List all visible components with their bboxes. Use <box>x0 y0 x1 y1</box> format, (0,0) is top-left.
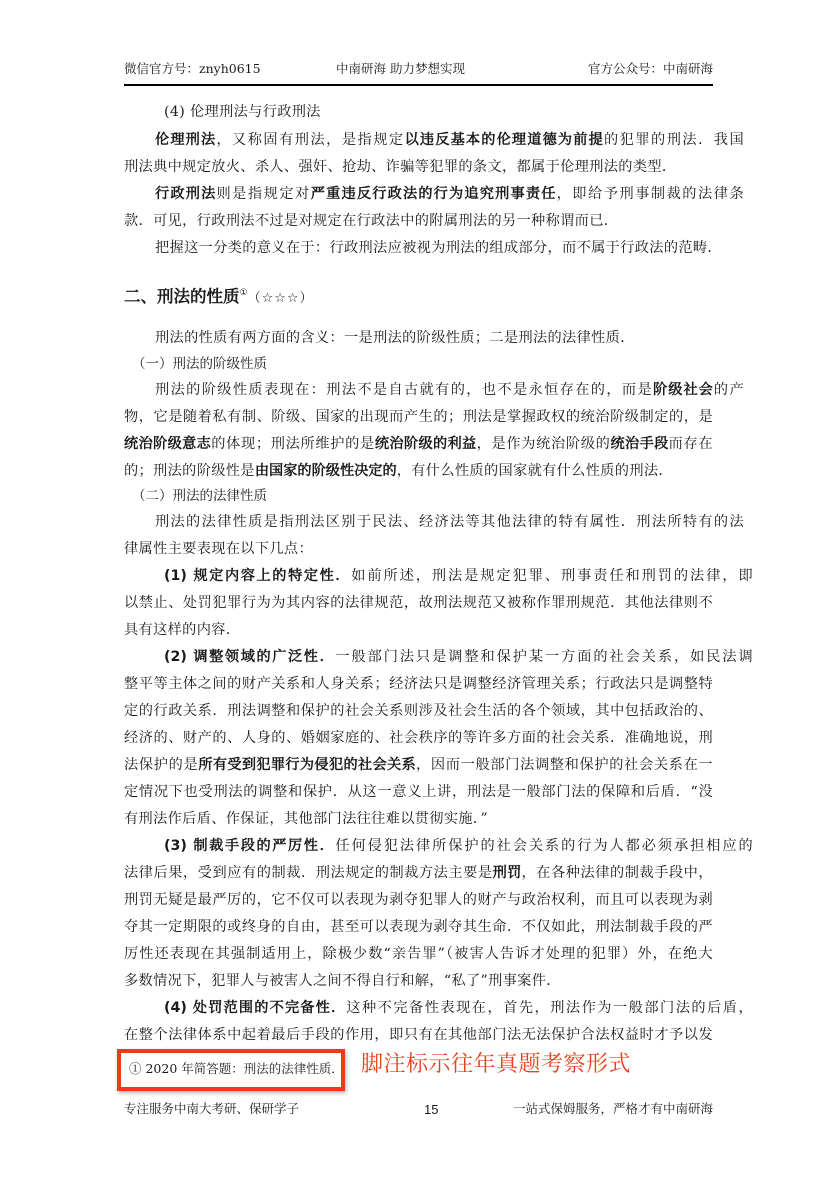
bold-term: 阶级社会 <box>653 382 714 398</box>
item-label: (2) 调整领域的广泛性． <box>164 649 335 665</box>
footnote-text: ① 2020 年简答题：刑法的法律性质． <box>129 1060 344 1078</box>
bold-term: 由国家的阶级性决定的 <box>255 463 397 479</box>
heading-text: (4) 伦理刑法与行政刑法 <box>164 104 321 120</box>
text: 任何侵犯法律所保护的社会关系的行为人都必须承担相应的 <box>335 838 753 854</box>
text: 这种不完备性表现在，首先，刑法作为一般部门法的后盾， <box>346 1000 753 1016</box>
text: 刑法的阶级性质表现在：刑法不是自古就有的，也不是永恒存在的，而是 <box>155 382 653 398</box>
paragraph-line: 物，它是随着私有制、阶级、国家的出现而产生的；刑法是掌握政权的统治阶级制定的，是 <box>124 407 713 427</box>
paragraph-line: 法保护的是所有受到犯罪行为侵犯的社会关系，因而一般部门法调整和保护的社会关系在一 <box>124 755 713 775</box>
bold-term: 统治阶级的利益 <box>375 436 477 452</box>
list-item: (1) 规定内容上的特定性．如前所述，刑法是规定犯罪、刑事责任和刑罚的法律，即 <box>124 566 753 586</box>
bold-term: 以违反基本的伦理道德为前提 <box>405 132 604 148</box>
header-wechat-id: 微信官方号：znyh0615 <box>124 60 261 78</box>
paragraph-line: 统治阶级意志的体现；刑法所维护的是统治阶级的利益，是作为统治阶级的统治手段而存在 <box>124 434 713 454</box>
text: 的；刑法的阶级性是 <box>124 463 255 479</box>
bold-term: 行政刑法 <box>155 186 216 202</box>
bold-term: 严重违反行政法的行为追究刑事责任 <box>311 186 557 202</box>
text: ，有什么性质的国家就有什么性质的刑法． <box>397 463 673 479</box>
footer-tagline-left: 专注服务中南大考研、保研学子 <box>124 1100 299 1118</box>
paragraph-line: 刑法典中规定放火、杀人、强奸、抢劫、诈骗等犯罪的条文，都属于伦理刑法的类型． <box>124 157 713 177</box>
header-official-account: 官方公众号：中南研海 <box>588 60 713 78</box>
paragraph-line: 有刑法作后盾、作保证，其他部门法往往难以贯彻实施．” <box>124 809 713 829</box>
text: 的犯罪的刑法．我国 <box>604 132 744 148</box>
paragraph-line: 多数情况下，犯罪人与被害人之间不得自行和解，“私了”刑事案件． <box>124 971 713 991</box>
text: ，在各种法律的制裁手段中， <box>521 865 713 881</box>
text: ，是作为统治阶级的 <box>477 436 611 452</box>
page-footer: 专注服务中南大考研、保研学子 15 一站式保姆服务，严格才有中南研海 <box>124 1100 713 1118</box>
annotation-callout: 脚注标示往年真题考察形式 <box>361 1050 631 1080</box>
text: 法保护的是 <box>124 757 198 773</box>
header-slogan: 中南研海 助力梦想实现 <box>336 60 465 78</box>
document-page: 微信官方号：znyh0615 中南研海 助力梦想实现 官方公众号：中南研海 (4… <box>0 0 836 1182</box>
item-label: (3) 制裁手段的严厉性． <box>164 838 335 854</box>
footnote-highlight-box: ① 2020 年简答题：刑法的法律性质． <box>117 1049 345 1091</box>
subsection-heading: (4) 伦理刑法与行政刑法 <box>124 102 753 122</box>
paragraph-line: 刑法的法律性质是指刑法区别于民法、经济法等其他法律的特有属性．刑法所特有的法 <box>124 512 744 532</box>
paragraph-line: 伦理刑法，又称固有刑法，是指规定以违反基本的伦理道德为前提的犯罪的刑法．我国 <box>124 130 744 150</box>
footnote-marker[interactable]: ① <box>240 288 248 298</box>
bold-term: 统治阶级意志 <box>124 436 211 452</box>
text: ，因而一般部门法调整和保护的社会关系在一 <box>416 757 713 773</box>
paragraph-line: 厉性还表现在其强制适用上，除极少数“亲告罪”（被害人告诉才处理的犯罪）外，在绝大 <box>124 944 713 964</box>
paragraph-line: 夺其一定期限的或终身的自由，甚至可以表现为剥夺其生命．不仅如此，刑法制裁手段的严 <box>124 917 713 937</box>
paragraph-line: 整平等主体之间的财产关系和人身关系；经济法只是调整经济管理关系；行政法只是调整特 <box>124 674 713 694</box>
bold-term: 所有受到犯罪行为侵犯的社会关系 <box>198 757 416 773</box>
paragraph-line: 刑法的阶级性质表现在：刑法不是自古就有的，也不是永恒存在的，而是阶级社会的产 <box>124 380 744 400</box>
paragraph-line: 定的行政关系．刑法调整和保护的社会关系则涉及社会生活的各个领域，其中包括政治的、 <box>124 701 713 721</box>
item-label: (1) 规定内容上的特定性． <box>164 568 351 584</box>
paragraph-line: 在整个法律体系中起着最后手段的作用，即只有在其他部门法无法保护合法权益时才予以发 <box>124 1025 713 1045</box>
list-item: (4) 处罚范围的不完备性．这种不完备性表现在，首先，刑法作为一般部门法的后盾， <box>124 998 753 1018</box>
section-title: 二、刑法的性质①（☆☆☆） <box>124 282 314 310</box>
importance-stars: （☆☆☆） <box>248 291 314 306</box>
text: 的产 <box>714 382 744 398</box>
subsection-heading: （一）刑法的阶级性质 <box>132 354 267 374</box>
bold-term: 统治手段 <box>611 436 669 452</box>
paragraph-line: 法律后果，受到应有的制裁．刑法规定的制裁方法主要是刑罚，在各种法律的制裁手段中， <box>124 863 713 883</box>
subsection-heading: （二）刑法的法律性质 <box>132 486 267 506</box>
text: 如前所述，刑法是规定犯罪、刑事责任和刑罚的法律，即 <box>351 568 753 584</box>
paragraph-line: 经济的、财产的、人身的、婚姻家庭的、社会秩序的等许多方面的社会关系．准确地说，刑 <box>124 728 713 748</box>
bold-term: 刑罚 <box>493 865 522 881</box>
paragraph-line: 款．可见，行政刑法不过是对规定在行政法中的附属刑法的另一种称谓而已． <box>124 211 713 231</box>
footer-tagline-right: 一站式保姆服务，严格才有中南研海 <box>513 1100 713 1118</box>
text: 而存在 <box>669 436 713 452</box>
paragraph-line: 刑法的性质有两方面的含义：一是刑法的阶级性质；二是刑法的法律性质． <box>124 328 744 348</box>
page-number: 15 <box>424 1101 438 1119</box>
text: 则是指规定对 <box>216 186 310 202</box>
title-text: 二、刑法的性质 <box>124 287 240 306</box>
paragraph-line: 刑罚无疑是最严厉的，它不仅可以表现为剥夺犯罪人的财产与政治权利，而且可以表现为剥 <box>124 890 713 910</box>
paragraph-line: 行政刑法则是指规定对严重违反行政法的行为追究刑事责任，即给予刑事制裁的法律条 <box>124 184 744 204</box>
page-header: 微信官方号：znyh0615 中南研海 助力梦想实现 官方公众号：中南研海 <box>124 60 713 78</box>
paragraph-line: 的；刑法的阶级性是由国家的阶级性决定的，有什么性质的国家就有什么性质的刑法． <box>124 461 713 481</box>
text: 一般部门法只是调整和保护某一方面的社会关系，如民法调 <box>335 649 753 665</box>
header-divider <box>124 84 713 86</box>
paragraph-line: 律属性主要表现在以下几点： <box>124 539 713 559</box>
paragraph-line: 把握这一分类的意义在于：行政刑法应被视为刑法的组成部分，而不属于行政法的范畴． <box>124 238 744 258</box>
paragraph-line: 具有这样的内容． <box>124 620 713 640</box>
list-item: (3) 制裁手段的严厉性．任何侵犯法律所保护的社会关系的行为人都必须承担相应的 <box>124 836 753 856</box>
text: ，又称固有刑法，是指规定 <box>216 132 404 148</box>
list-item: (2) 调整领域的广泛性．一般部门法只是调整和保护某一方面的社会关系，如民法调 <box>124 647 753 667</box>
text: 法律后果，受到应有的制裁．刑法规定的制裁方法主要是 <box>124 865 493 881</box>
bold-term: 伦理刑法 <box>155 132 216 148</box>
item-label: (4) 处罚范围的不完备性． <box>164 1000 346 1016</box>
text: 的体现；刑法所维护的是 <box>211 436 375 452</box>
text: ，即给予刑事制裁的法律条 <box>557 186 744 202</box>
paragraph-line: 以禁止、处罚犯罪行为为其内容的法律规范，故刑法规范又被称作罪刑规范．其他法律则不 <box>124 593 713 613</box>
paragraph-line: 定情况下也受刑法的调整和保护．从这一意义上讲，刑法是一般部门法的保障和后盾．“没 <box>124 782 713 802</box>
